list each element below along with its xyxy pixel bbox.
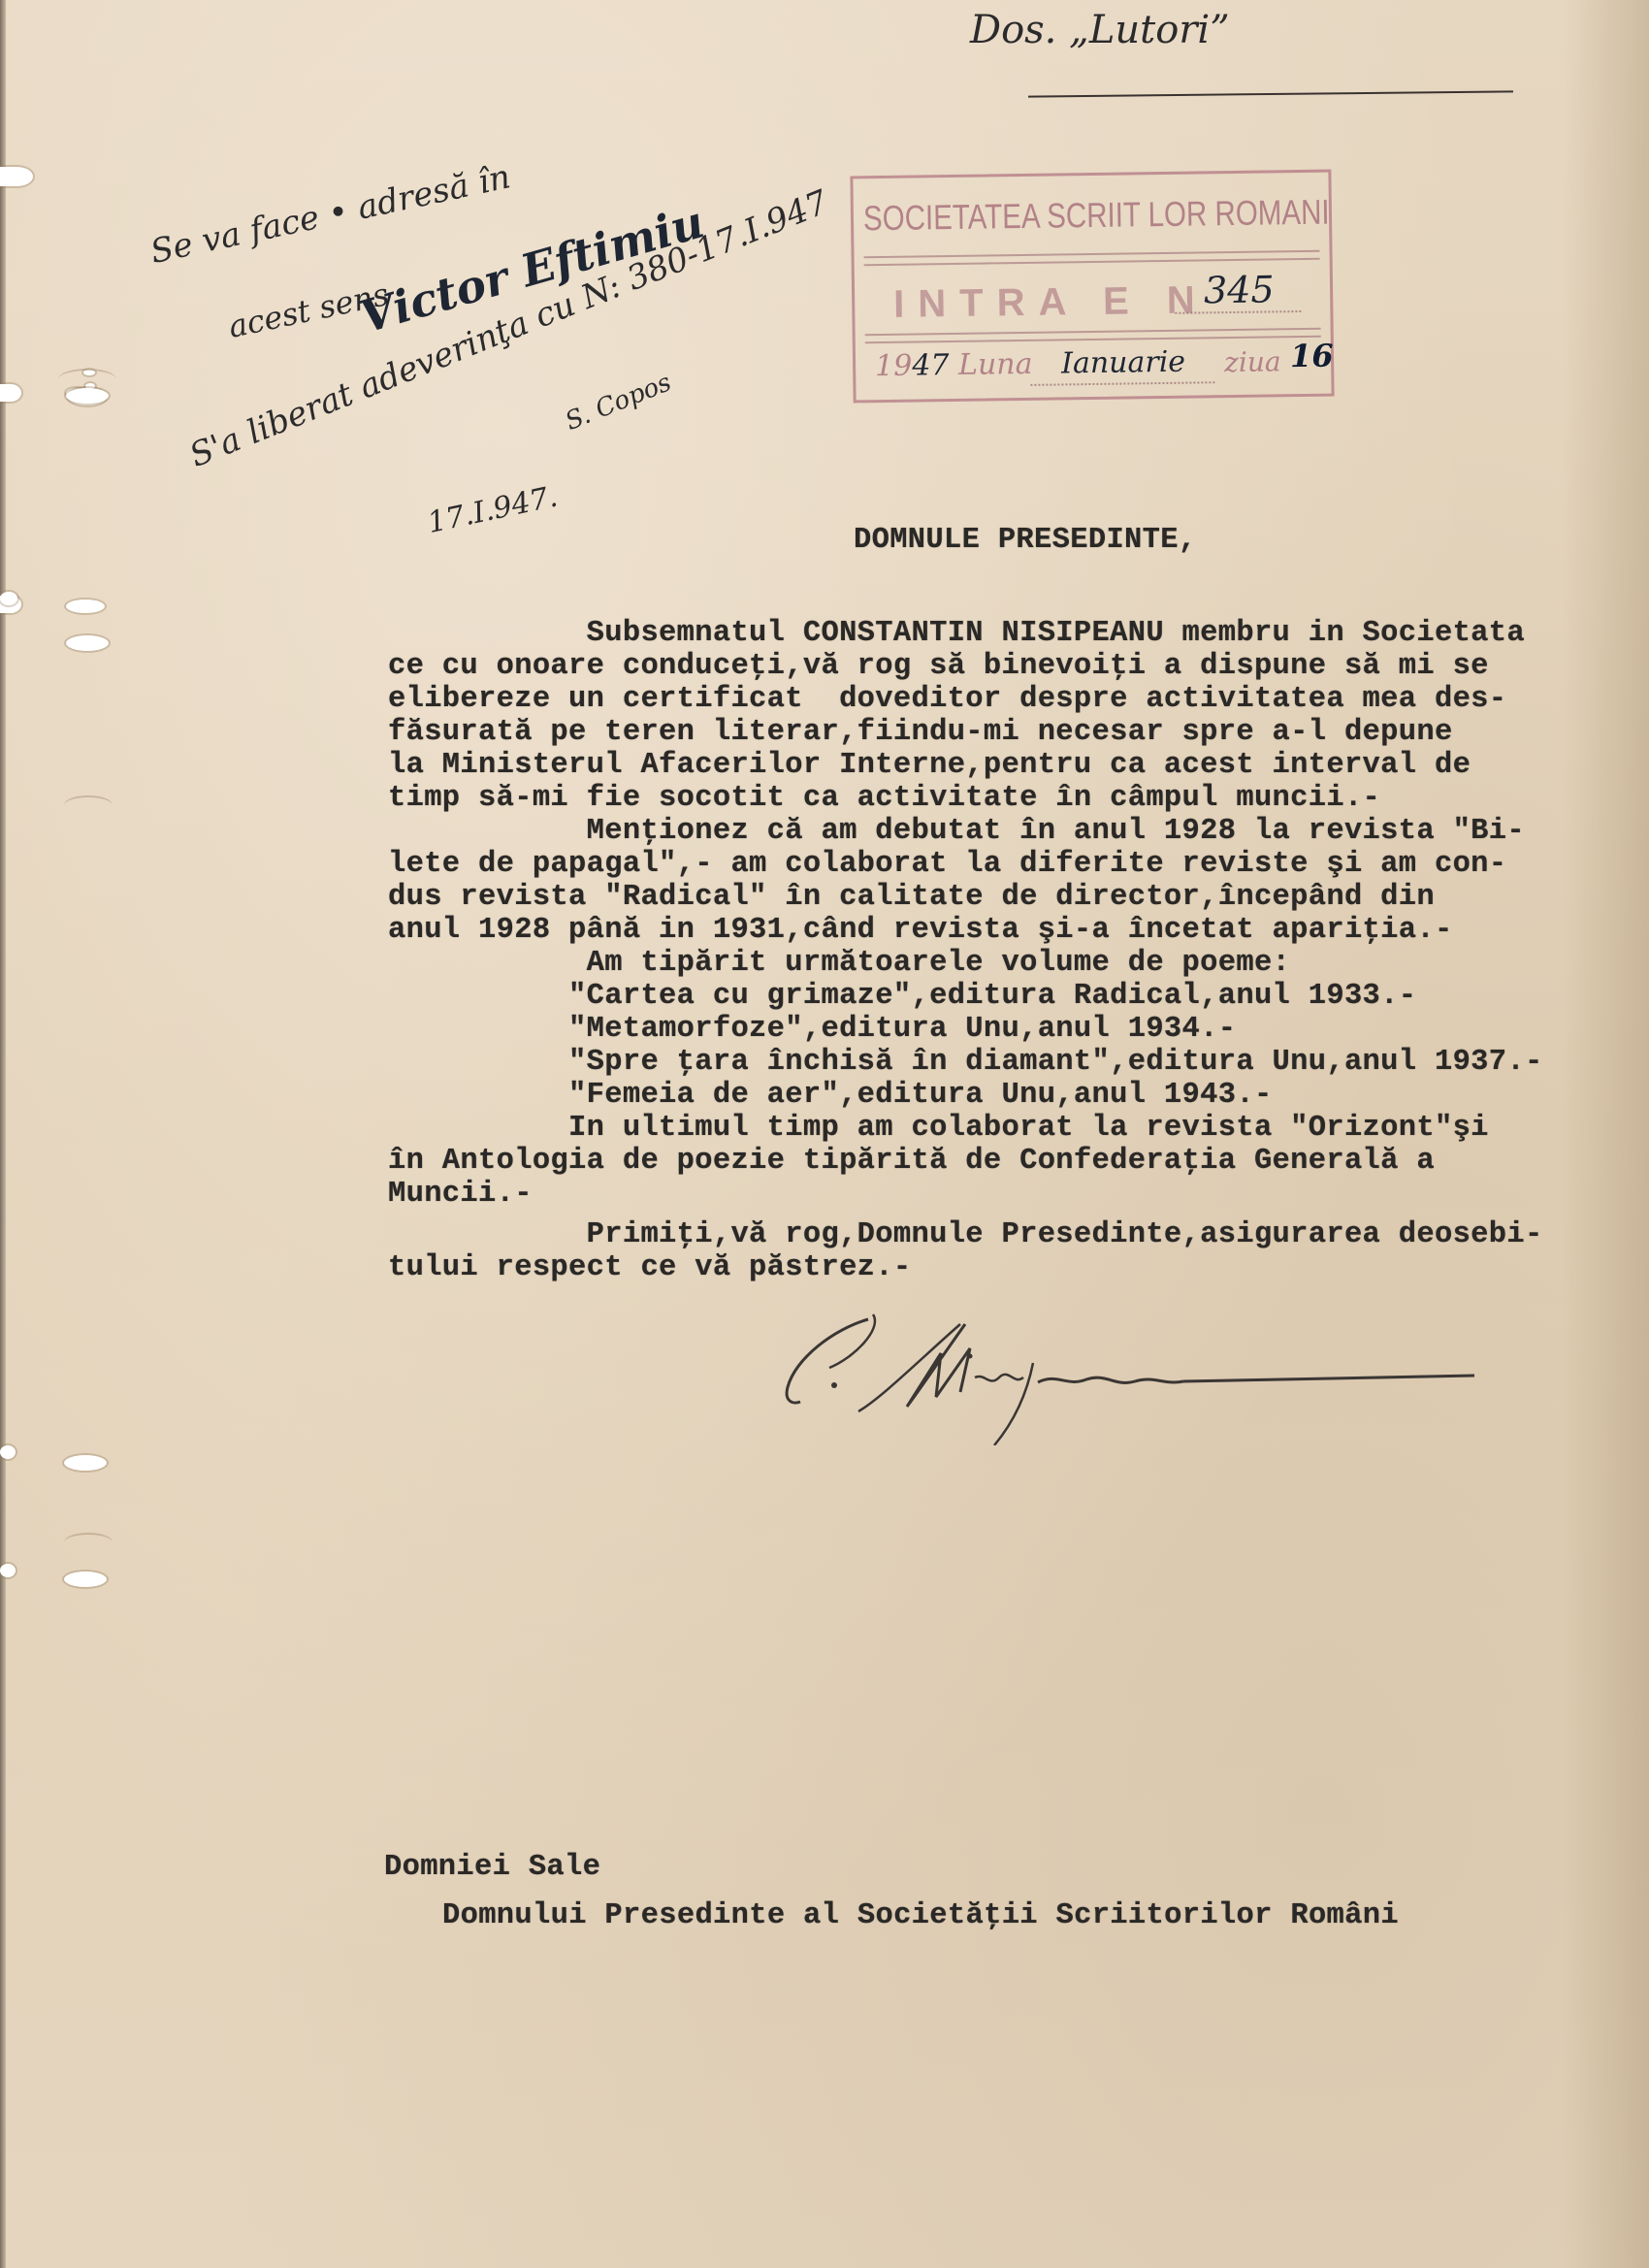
letter-line: "Spre ţara închisă în diamant",editura U…: [388, 1046, 1543, 1080]
paper-crease: [58, 369, 116, 390]
letter-line: elibereze un certificat doveditor despre…: [388, 683, 1506, 717]
letter-line: în Antologia de poezie tipărită de Confe…: [388, 1145, 1435, 1179]
addressee-line-2: Domnului Presedinte al Societăţii Scriit…: [442, 1899, 1399, 1933]
letter-line: ce cu onoare conduceţi,vă rog să binevoi…: [388, 650, 1489, 684]
punch-hole-icon: [64, 1455, 107, 1471]
stamp-entry-number: 345: [1204, 268, 1275, 311]
punch-hole-icon: [64, 1571, 107, 1587]
stamp-dotted-line: [1175, 310, 1301, 314]
stamp-divider: [864, 258, 1320, 267]
letter-line: Am tipărit următoarele volume de poeme:: [388, 947, 1290, 981]
stamp-divider: [865, 328, 1321, 337]
stamp-dotted-line: [1030, 381, 1214, 386]
author-signature: C. Nisipeanu: [776, 1280, 1591, 1445]
punch-hole-icon: [66, 388, 109, 404]
stamp-day-value: 16: [1290, 338, 1334, 375]
stamp-month-label: Luna: [958, 347, 1033, 382]
punch-hole-icon: [0, 167, 33, 186]
punch-hole-icon: [0, 384, 21, 402]
letter-line: "Cartea cu grimaze",editura Radical,anul…: [388, 980, 1416, 1014]
punch-hole-icon: [66, 599, 105, 613]
paper-left-edge: [0, 0, 6, 2268]
punch-hole-icon: [0, 592, 17, 605]
letter-line: dus revista "Radical" în calitate de dir…: [388, 881, 1435, 915]
addressee-line-1: Domniei Sale: [384, 1851, 600, 1885]
paper-right-shadow: [1562, 0, 1649, 2268]
letter-line: "Femeia de aer",editura Unu,anul 1943.-: [388, 1079, 1273, 1113]
stamp-entry-label: INTRA E N: [893, 278, 1209, 327]
signature-scribble-icon: [776, 1280, 1591, 1445]
letter-line: Primiţi,vă rog,Domnule Presedinte,asigur…: [388, 1218, 1543, 1252]
letter-line: Menţionez că am debutat în anul 1928 la …: [388, 815, 1525, 849]
letter-line: la Ministerul Afacerilor Interne,pentru …: [388, 749, 1471, 783]
letter-line: anul 1928 până in 1931,când revista şi-a…: [388, 914, 1453, 948]
handwritten-dossier-note: Dos. „Lutori”: [970, 8, 1230, 52]
letter-line: Muncii.-: [388, 1178, 533, 1212]
paper-crease: [64, 1533, 113, 1552]
registration-stamp: SOCIETATEA SCRIIT LOR ROMANI INTRA E N 3…: [850, 170, 1334, 404]
stamp-divider: [864, 250, 1320, 259]
stamp-year: 1947 Luna: [875, 347, 1033, 383]
punch-hole-icon: [66, 635, 109, 651]
letter-line: In ultimul timp am colaborat la revista …: [388, 1112, 1489, 1146]
stamp-day-label: ziua: [1224, 345, 1281, 378]
letter-line: făsurată pe teren literar,fiindu-mi nece…: [388, 716, 1453, 750]
stamp-year-suffix: 47: [912, 348, 950, 383]
punch-hole-icon: [0, 1445, 16, 1459]
stamp-month-value: Ianuarie: [1061, 345, 1185, 381]
stamp-divider: [865, 336, 1321, 344]
letter-line: "Metamorfoze",editura Unu,anul 1934.-: [388, 1013, 1236, 1047]
letter-line: lete de papagal",- am colaborat la difer…: [388, 848, 1506, 882]
stamp-year-prefix: 19: [875, 349, 913, 384]
paper-crease: [64, 795, 113, 815]
punch-hole-icon: [0, 1564, 16, 1577]
letter-line: timp să-mi fie socotit ca activitate în …: [388, 782, 1380, 816]
letter-salutation: DOMNULE PRESEDINTE,: [854, 524, 1196, 558]
stamp-organization: SOCIETATEA SCRIIT LOR ROMANI: [863, 192, 1330, 240]
letter-line: Subsemnatul CONSTANTIN NISIPEANU membru …: [388, 617, 1525, 651]
